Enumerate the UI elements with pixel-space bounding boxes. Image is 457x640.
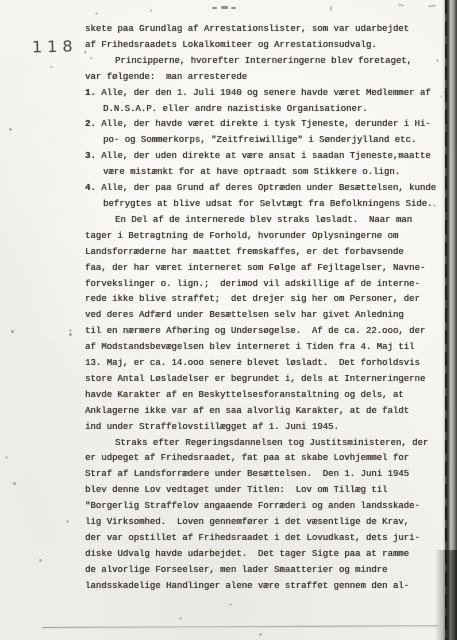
text-line: havde Karakter af en Beskyttelsesforanst… — [85, 388, 443, 404]
text-line: 13. Maj, er ca. 14.ooo senere blevet løs… — [85, 356, 443, 372]
text-line: Principperne, hvorefter Interneringerne … — [85, 54, 443, 70]
text-line: rede ikke blive straffet; det drejer sig… — [85, 292, 443, 308]
text-line: er udpeget af Frihedsraadet, fat paa at … — [85, 451, 443, 467]
text-line: "Borgerlig Straffelov angaaende Forræder… — [85, 499, 443, 515]
right-edge-book-shadow — [440, 0, 457, 640]
list-number: 3. — [85, 151, 101, 161]
text-line: diske Udvalg havde udarbejdet. Det tager… — [85, 547, 443, 563]
bottom-right-scan-shadow — [431, 550, 457, 640]
text-line: landsskadelige Handlinger alene være str… — [85, 579, 443, 595]
text-line: ind under Straffelovstillægget af 1. Jun… — [85, 420, 443, 436]
scan-smudge — [221, 6, 228, 9]
text-line: 2. Alle, der havde været direkte i tysk … — [85, 117, 443, 133]
list-number: 4. — [85, 183, 101, 193]
scan-smudge — [212, 7, 217, 9]
text-line: 3. Alle, der uden direkte at være ansat … — [85, 149, 443, 165]
text-line: store Antal Løsladelser er begrundet i, … — [85, 372, 443, 388]
bottom-scan-line — [42, 625, 438, 628]
text-line: blev denne Lov vedtaget under Titlen: Lo… — [85, 483, 443, 499]
text-line: po- og Sommerkorps, "Zeitfreiwillige" i … — [85, 133, 443, 149]
text-line: Straks efter Regeringsdannelsen tog Just… — [85, 436, 443, 452]
list-number: 1. — [85, 88, 101, 98]
text-line: En Del af de internerede blev straks løs… — [85, 213, 443, 229]
text-line: D.N.S.A.P. eller andre nazistiske Organi… — [85, 102, 443, 118]
scanned-document-page: 118 skete paa Grundlag af Arrestationsli… — [0, 0, 457, 640]
text-line: var følgende: man arresterede — [85, 70, 443, 86]
text-line: faa, der har været interneret som Følge … — [85, 261, 443, 277]
text-line: 1. Alle, der den 1. Juli 1940 og senere … — [85, 86, 443, 102]
text-line: Anklagerne ikke var af en saa alvorlig K… — [85, 404, 443, 420]
scan-smudge — [428, 4, 436, 7]
text-line: der var opstillet af Frihedsraadet i det… — [85, 531, 443, 547]
text-line: de alvorlige Forseelser, men lader Smaat… — [85, 563, 443, 579]
text-line: befrygtes at blive udsat for Selvtægt fr… — [85, 197, 443, 213]
scan-smudge — [398, 3, 404, 6]
text-line: 4. Alle, der paa Grund af deres Optræden… — [85, 181, 443, 197]
list-number: 2. — [85, 119, 101, 129]
text-line: til en nærmere Afhøring og Undersøgelse.… — [85, 324, 443, 340]
text-line: Landsforræderne har maattet fremskaffes,… — [85, 245, 443, 261]
scan-speckles — [0, 0, 1, 1]
text-line: skete paa Grundlag af Arrestationslister… — [85, 22, 443, 38]
text-line: af Frihedsraadets Lokalkomiteer og Arres… — [85, 38, 443, 54]
text-line: være mistænkt for at have optraadt som S… — [85, 165, 443, 181]
scan-smudge — [231, 7, 236, 9]
text-line: Straf af Landsforrædere under Besættelse… — [85, 467, 443, 483]
text-column: skete paa Grundlag af Arrestationslister… — [85, 22, 443, 595]
handwritten-page-number: 118 — [32, 37, 78, 57]
text-line: tager i Betragtning de Forhold, hvorunde… — [85, 229, 443, 245]
text-line: lig Virksomhed. Loven gennemfører i det … — [85, 515, 443, 531]
text-line: af Modstandsbevægelsen blev interneret i… — [85, 340, 443, 356]
scan-smudge — [330, 6, 332, 11]
scan-smudge — [150, 9, 152, 12]
text-line: ved deres Adfærd under Besættelsen selv … — [85, 308, 443, 324]
text-line: forvekslinger o. lign.; derimod vil adsk… — [85, 277, 443, 293]
